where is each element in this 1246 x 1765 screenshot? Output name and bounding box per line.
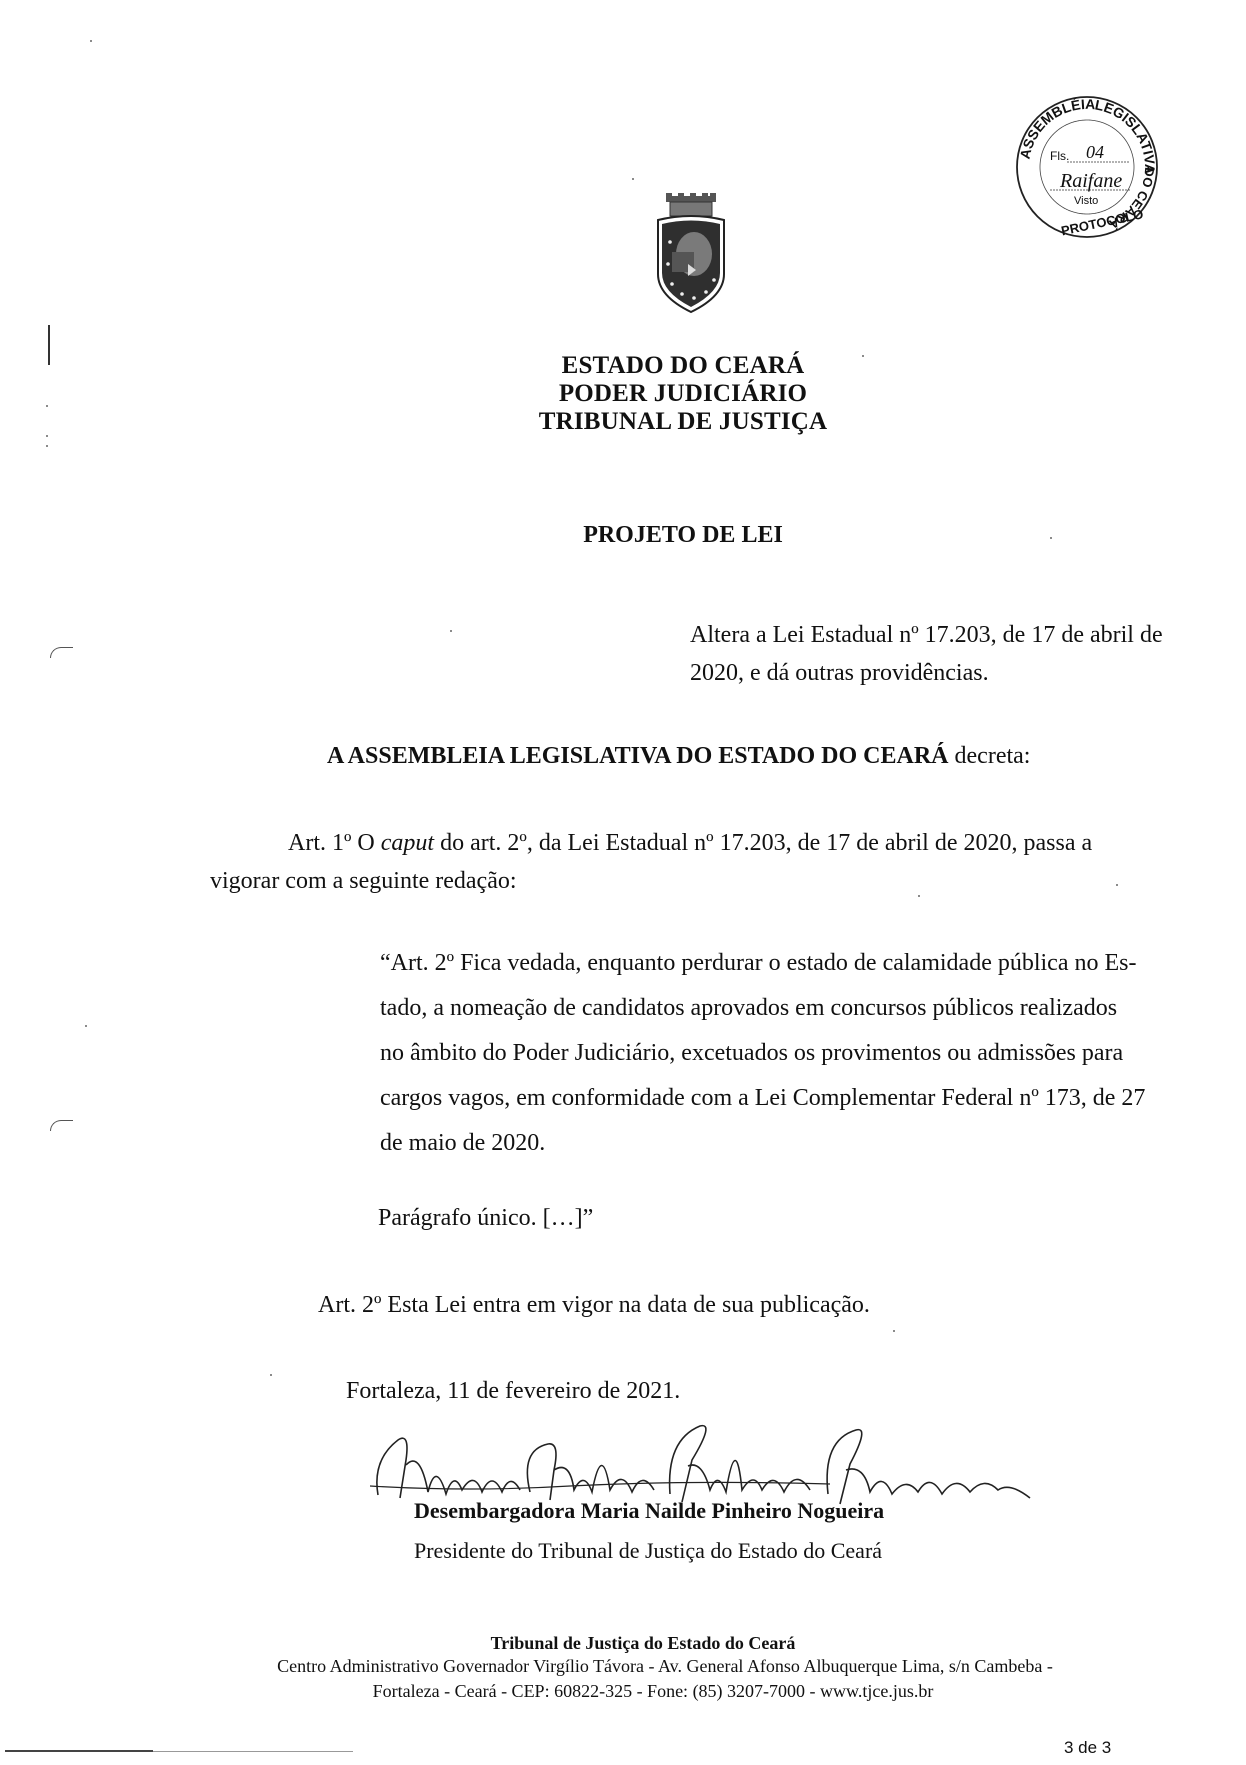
quoted-article-line: tado, a nomeação de candidatos aprovados… — [380, 995, 1080, 1022]
quoted-article-line: no âmbito do Poder Judiciário, excetuado… — [380, 1040, 1080, 1067]
signature-text: Maria Nailde Pinheiro Nogueira — [370, 1420, 383, 1421]
svg-text:LEGISLATIVA: LEGISLATIVA — [1094, 97, 1158, 175]
article-1-line-1: Art. 1º O caput do art. 2º, da Lei Estad… — [288, 830, 1092, 857]
scan-speck — [46, 445, 48, 447]
enacting-clause-tail: decreta: — [949, 743, 1031, 769]
scan-speck — [450, 630, 452, 632]
scan-speck — [1116, 884, 1118, 886]
scan-speck — [893, 1330, 895, 1332]
paragrafo-unico: Parágrafo único. […]” — [378, 1205, 593, 1232]
scan-speck — [46, 435, 48, 437]
footer-address-line-2: Fortaleza - Ceará - CEP: 60822-325 - Fon… — [30, 1681, 1246, 1702]
protocol-stamp: ASSEMBLÉIA LEGISLATIVA DO CEARÁ PROTOCOL… — [1012, 92, 1162, 242]
scan-artifact-curve — [50, 1120, 73, 1131]
article-1-rest: do art. 2º, da Lei Estadual nº 17.203, d… — [434, 830, 1092, 856]
scan-speck — [90, 40, 92, 42]
ementa-line-1: Altera a Lei Estadual nº 17.203, de 17 d… — [690, 622, 1210, 649]
stamp-fls-value: 04 — [1086, 142, 1104, 162]
stamp-visto-label: Visto — [1074, 195, 1098, 207]
quoted-article-line: de maio de 2020. — [380, 1130, 1080, 1157]
article-1-prefix: Art. 1º O — [288, 830, 381, 856]
header-branch: PODER JUDICIÁRIO — [60, 380, 1246, 408]
scan-speck — [46, 405, 48, 407]
scan-speck — [918, 895, 920, 897]
signer-name: Desembargadora Maria Nailde Pinheiro Nog… — [414, 1498, 884, 1524]
scan-speck — [270, 1374, 272, 1376]
document-title: PROJETO DE LEI — [60, 522, 1246, 549]
article-1-caput: caput — [381, 830, 434, 856]
article-1-line-2: vigorar com a seguinte redação: — [210, 868, 517, 895]
stamp-ring-top: LEGISLATIVA — [1094, 97, 1158, 175]
article-2: Art. 2º Esta Lei entra em vigor na data … — [318, 1292, 870, 1319]
page-indicator: 3 de 3 — [1064, 1738, 1111, 1758]
scan-speck — [85, 1025, 87, 1027]
footer-institution: Tribunal de Justiça do Estado do Ceará — [20, 1633, 1246, 1654]
stamp-fls-label: Fls. — [1050, 149, 1069, 163]
header-court: TRIBUNAL DE JUSTIÇA — [60, 408, 1246, 436]
quoted-article-line: “Art. 2º Fica vedada, enquanto perdurar … — [380, 950, 1080, 977]
enacting-clause: A ASSEMBLEIA LEGISLATIVA DO ESTADO DO CE… — [327, 743, 1030, 770]
scan-artifact-curve — [50, 647, 73, 658]
footer-rule — [5, 1750, 153, 1752]
enacting-clause-bold: A ASSEMBLEIA LEGISLATIVA DO ESTADO DO CE… — [327, 743, 949, 769]
stamp-visto-signature: Raifane — [1059, 170, 1122, 192]
signer-role: Presidente do Tribunal de Justiça do Est… — [414, 1538, 882, 1564]
place-and-date: Fortaleza, 11 de fevereiro de 2021. — [346, 1378, 680, 1405]
scan-artifact-line — [48, 325, 50, 365]
handwritten-signature: Maria Nailde Pinheiro Nogueira — [370, 1420, 1110, 1510]
header-state: ESTADO DO CEARÁ — [60, 352, 1246, 380]
footer-address-line-1: Centro Administrativo Governador Virgíli… — [42, 1656, 1246, 1677]
ementa-line-2: 2020, e dá outras providências. — [690, 660, 1210, 687]
footer-rule-light — [153, 1751, 353, 1752]
quoted-article-line: cargos vagos, em conformidade com a Lei … — [380, 1085, 1080, 1112]
scan-speck — [632, 178, 634, 180]
ceara-coat-of-arms-icon — [652, 192, 730, 314]
